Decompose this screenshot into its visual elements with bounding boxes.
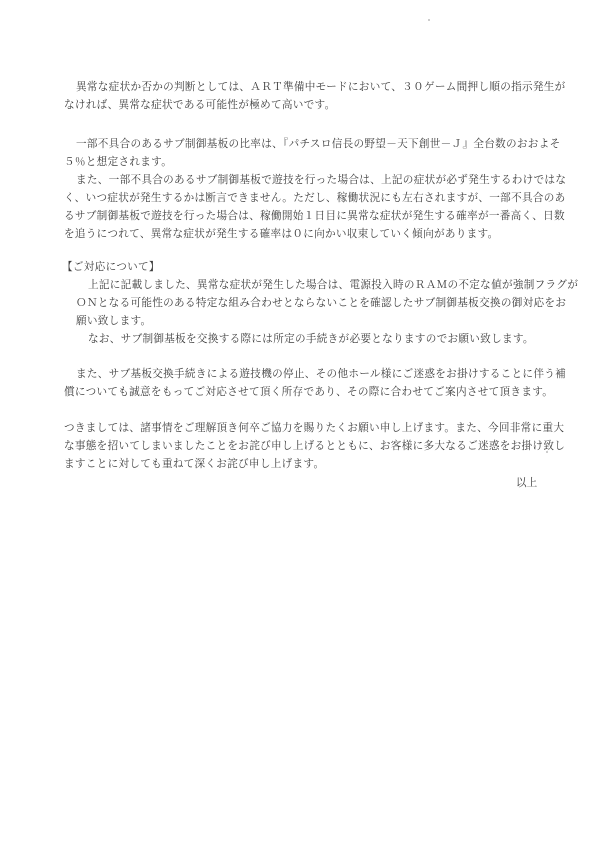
text-line: く、いつ症状が発生するかは断言できません。ただし、稼働状況にも左右されますが、一…: [64, 189, 566, 207]
text-line: な事態を招いてしまいましたことをお詫び申し上げるとともに、お客様に多大なるご迷惑…: [64, 437, 565, 455]
text-line: なお、サブ制御基板を交換する際には所定の手続きが必要となりますのでお願い致します…: [88, 330, 534, 348]
text-line: 願い致します。: [76, 312, 151, 330]
text-line: また、サブ基板交換手続きによる遊技機の停止、その他ホール様にご迷惑をお掛けするこ…: [76, 365, 566, 383]
text-line: つきましては、諸事情をご理解頂き何卒ご協力を賜りたくお願い申し上げます。また、今…: [64, 419, 564, 437]
text-line: ますことに対しても重ねて深くお詫び申し上げます。: [64, 455, 324, 473]
text-line: るサブ制御基板で遊技を行った場合は、稼働開始１日目に異常な症状が発生する確率が一…: [64, 207, 565, 225]
text-line: 異常な症状か否かの判断としては、ＡＲＴ準備中モードにおいて、３０ゲーム間押し順の…: [76, 78, 566, 96]
document-page: 異常な症状か否かの判断としては、ＡＲＴ準備中モードにおいて、３０ゲーム間押し順の…: [0, 0, 600, 848]
section-heading: 【ご対応について】: [62, 258, 160, 276]
text-line: 一部不具合のあるサブ制御基板の比率は、『パチスロ信長の野望－天下創世－Ｊ』全台数…: [76, 135, 561, 153]
scan-speck: [428, 19, 430, 21]
text-line: ５％と想定されます。: [64, 153, 172, 171]
scan-speck: [546, 451, 548, 453]
text-line: 償についても誠意をもってご対応させて頂く所存であり、その際に合わせてご案内させて…: [64, 383, 553, 401]
text-line: 上記に記載しました、異常な症状が発生した場合は、電源投入時のＲＡＭの不定な値が強…: [88, 276, 578, 294]
text-line: ＯＮとなる可能性のある特定な組み合わせとならないことを確認したサブ制御基板交換の…: [76, 294, 566, 312]
text-line: を追うにつれて、異常な症状が発生する確率は０に向かい収束していく傾向があります。: [64, 225, 498, 243]
text-line: なければ、異常な症状である可能性が極めて高いです。: [64, 96, 336, 114]
text-line: また、一部不具合のあるサブ制御基板で遊技を行った場合は、上記の症状が必ず発生する…: [76, 171, 566, 189]
closing-mark: 以上: [516, 474, 537, 492]
